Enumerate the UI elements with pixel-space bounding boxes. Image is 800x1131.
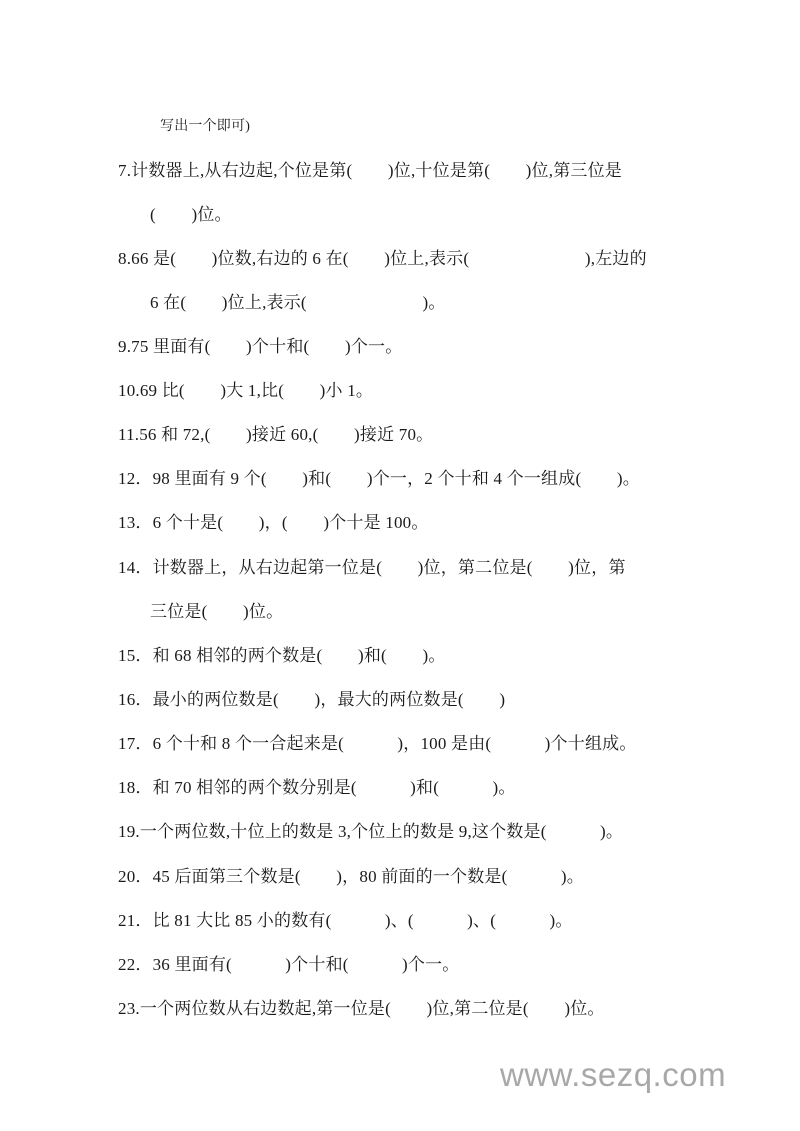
question-12: 12．98 里面有 9 个( )和( )个一，2 个十和 4 个一组成( )。	[118, 468, 640, 490]
question-9: 9.75 里面有( )个十和( )个一。	[118, 336, 402, 358]
question-13: 13．6 个十是( )，( )个十是 100。	[118, 512, 429, 534]
question-11: 11.56 和 72,( )接近 60,( )接近 70。	[118, 424, 433, 446]
question-23: 23.一个两位数从右边数起,第一位是( )位,第二位是( )位。	[118, 998, 605, 1020]
instruction-tail: 写出一个即可)	[160, 116, 250, 138]
question-14-line-2: 三位是( )位。	[150, 601, 283, 623]
question-20: 20．45 后面第三个数是( )，80 前面的一个数是( )。	[118, 866, 584, 888]
question-8-line-1: 8.66 是( )位数,右边的 6 在( )位上,表示( ),左边的	[118, 248, 647, 270]
question-8-line-2: 6 在( )位上,表示( )。	[150, 292, 446, 314]
question-18: 18．和 70 相邻的两个数分别是( )和( )。	[118, 777, 516, 799]
question-10: 10.69 比( )大 1,比( )小 1。	[118, 380, 373, 402]
question-21: 21．比 81 大比 85 小的数有( )、( )、( )。	[118, 910, 573, 932]
question-19: 19.一个两位数,十位上的数是 3,个位上的数是 9,这个数是( )。	[118, 821, 623, 843]
question-15: 15．和 68 相邻的两个数是( )和( )。	[118, 645, 446, 667]
worksheet-page: 写出一个即可) 7.计数器上,从右边起,个位是第( )位,十位是第( )位,第三…	[0, 0, 800, 1131]
question-14-line-1: 14．计数器上，从右边起第一位是( )位，第二位是( )位，第	[118, 557, 626, 579]
watermark-url: www.sezq.com	[500, 1056, 726, 1094]
question-16: 16．最小的两位数是( )，最大的两位数是( )	[118, 689, 505, 711]
question-7-line-1: 7.计数器上,从右边起,个位是第( )位,十位是第( )位,第三位是	[118, 160, 622, 182]
question-17: 17．6 个十和 8 个一合起来是( )，100 是由( )个十组成。	[118, 733, 637, 755]
question-7-line-2: ( )位。	[150, 204, 232, 226]
question-22: 22．36 里面有( )个十和( )个一。	[118, 954, 460, 976]
